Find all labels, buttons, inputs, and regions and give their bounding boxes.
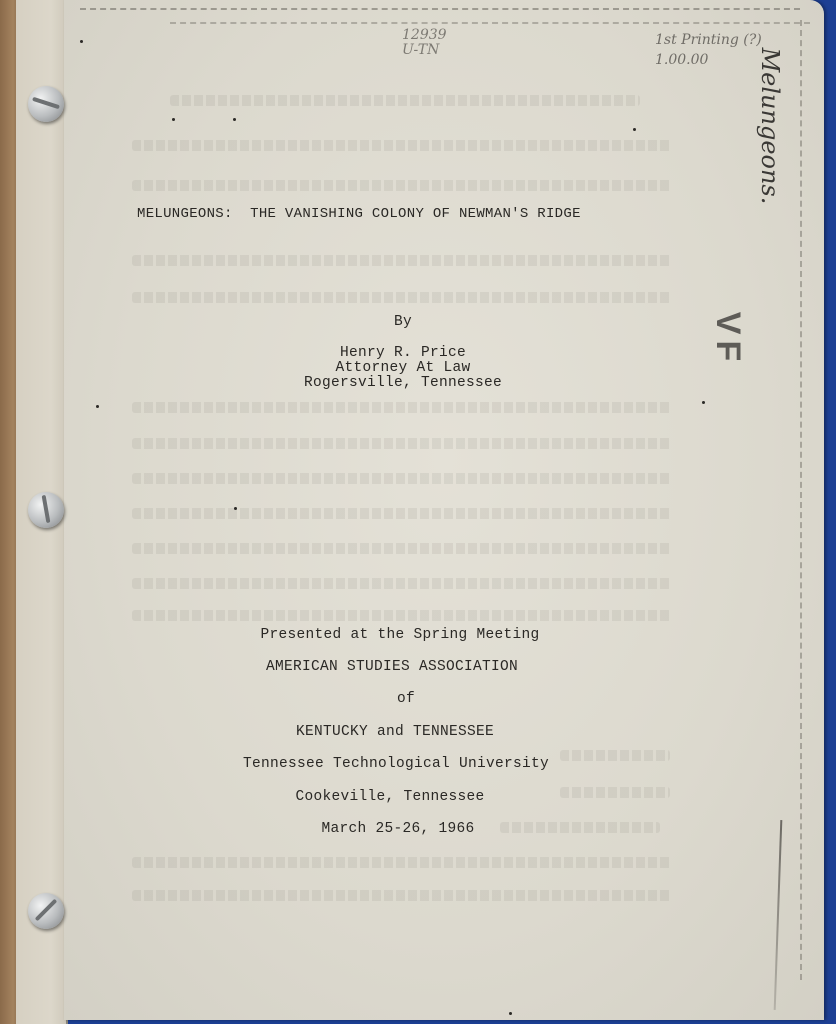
bleed-through bbox=[132, 857, 672, 868]
document-title: MELUNGEONS: THE VANISHING COLONY OF NEWM… bbox=[137, 206, 581, 222]
ink-speck bbox=[509, 1012, 512, 1015]
catalog-annotation: 12939 U-TN bbox=[402, 28, 447, 58]
bleed-through bbox=[132, 578, 672, 589]
bleed-through bbox=[132, 140, 672, 151]
printing-annotation: 1st Printing (?) 1.00.00 bbox=[655, 30, 762, 70]
venue-name: Tennessee Technological University bbox=[0, 756, 814, 772]
binding-screw bbox=[28, 86, 64, 122]
catalog-number: 12939 bbox=[402, 28, 447, 43]
author-name: Henry R. Price bbox=[0, 345, 821, 361]
author-occupation: Attorney At Law bbox=[0, 360, 821, 376]
page-border bbox=[80, 8, 800, 10]
price-note: 1.00.00 bbox=[655, 50, 762, 70]
ink-speck bbox=[234, 507, 237, 510]
bleed-through bbox=[132, 180, 672, 191]
bleed-through bbox=[132, 890, 672, 901]
bleed-through bbox=[132, 508, 672, 519]
region-name: KENTUCKY and TENNESSEE bbox=[0, 724, 813, 740]
bleed-through bbox=[132, 610, 672, 621]
ink-speck bbox=[233, 118, 236, 121]
bleed-through bbox=[132, 292, 672, 303]
binding-screw bbox=[28, 492, 64, 528]
page-border bbox=[170, 22, 810, 24]
author-location: Rogersville, Tennessee bbox=[0, 375, 821, 391]
bleed-through bbox=[132, 402, 672, 413]
bleed-through bbox=[132, 473, 672, 484]
bleed-through bbox=[132, 255, 672, 266]
city-name: Cookeville, Tennessee bbox=[0, 789, 808, 805]
ink-speck bbox=[80, 40, 83, 43]
catalog-code: U-TN bbox=[402, 43, 447, 58]
presentation-date: March 25-26, 1966 bbox=[0, 821, 816, 837]
ink-speck bbox=[633, 128, 636, 131]
ink-speck bbox=[96, 405, 99, 408]
bleed-through bbox=[170, 95, 640, 106]
printing-note: 1st Printing (?) bbox=[655, 30, 762, 50]
of-label: of bbox=[0, 691, 824, 707]
organization-name: AMERICAN STUDIES ASSOCIATION bbox=[0, 659, 810, 675]
bleed-through bbox=[132, 543, 672, 554]
ink-speck bbox=[172, 118, 175, 121]
binding-screw bbox=[28, 893, 64, 929]
side-label: Melungeons. bbox=[756, 46, 784, 206]
by-label: By bbox=[0, 314, 821, 330]
bleed-through bbox=[132, 438, 672, 449]
presentation-line: Presented at the Spring Meeting bbox=[0, 627, 818, 643]
ink-speck bbox=[702, 401, 705, 404]
